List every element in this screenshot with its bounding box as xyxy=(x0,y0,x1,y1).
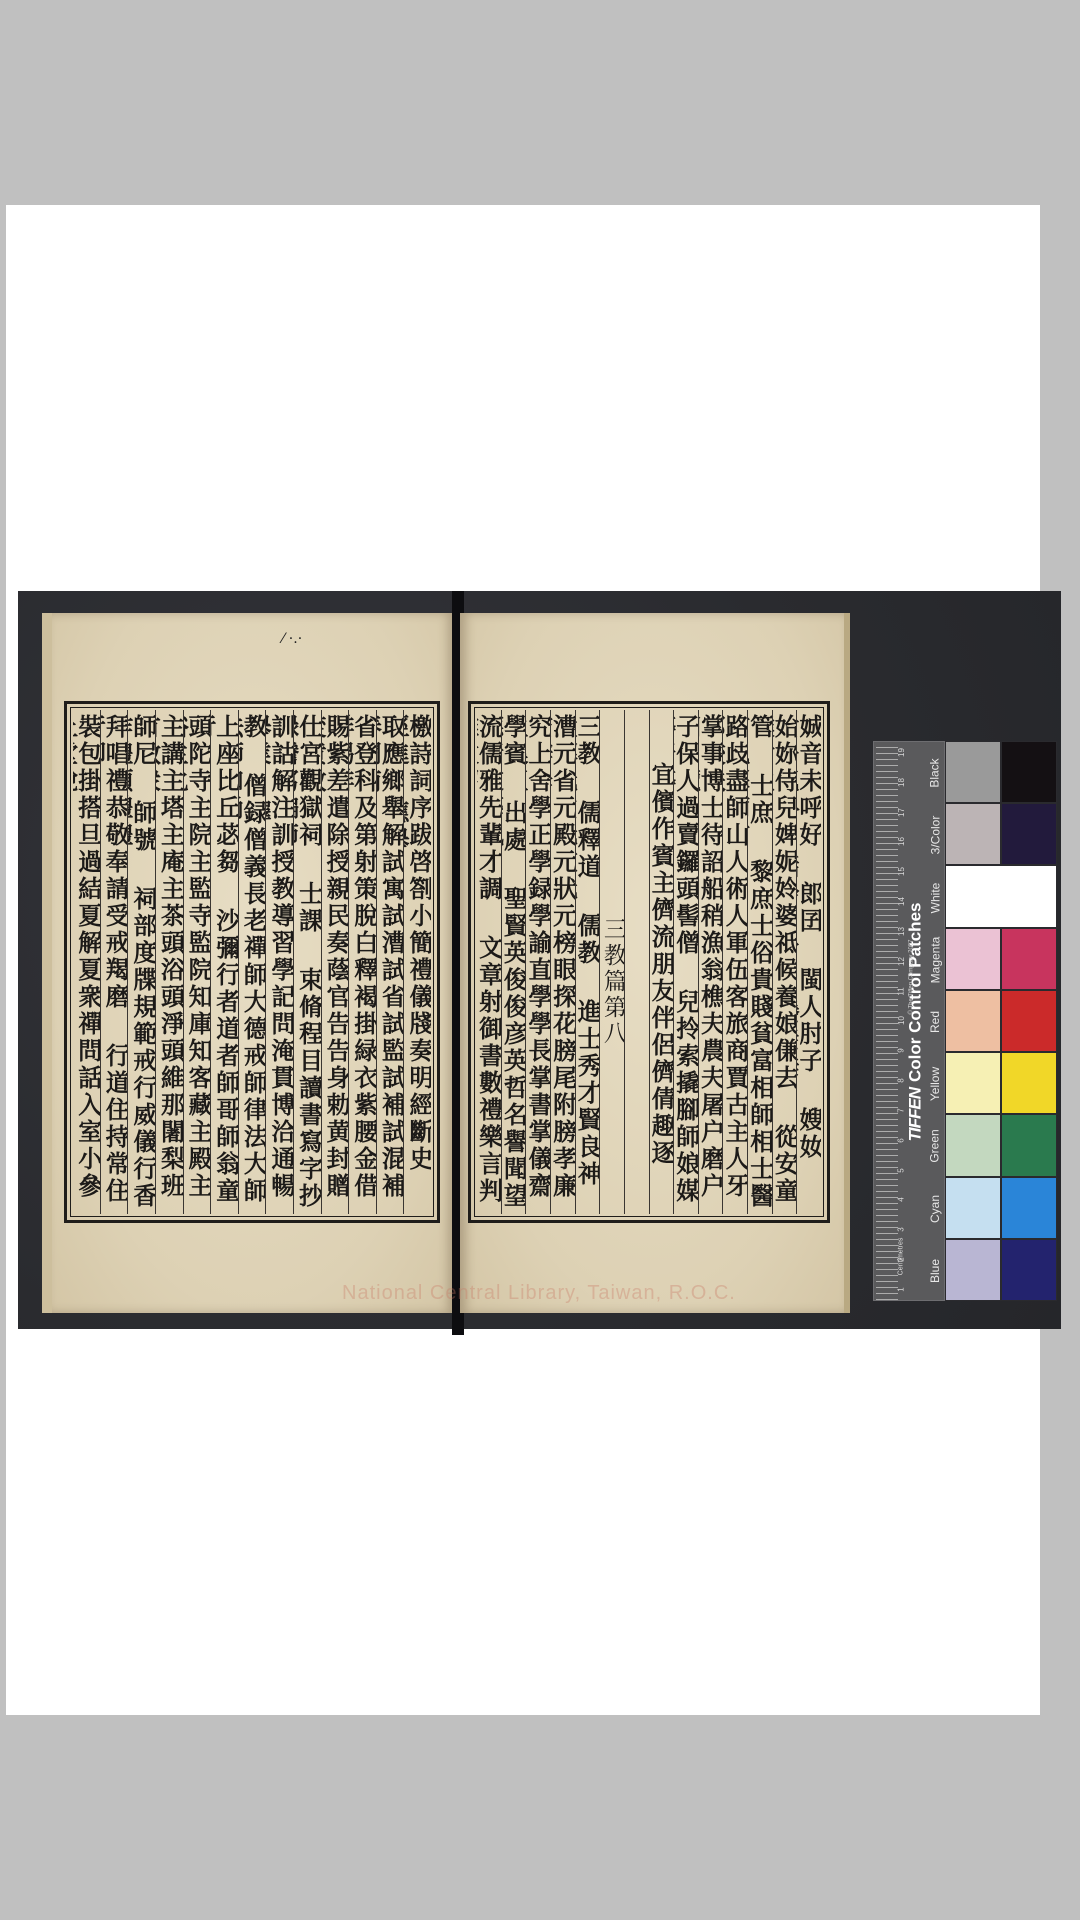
left-page: ⁄ ·.· 檄詩詞序跋啓劄小簡禮儀牋奏明經斷史 經進 應舉取應鄉舉解試寓試漕試省… xyxy=(42,613,454,1313)
text-column: 路歧盡師山人術人軍伍客旅商賈古主人牙郎校鉄 xyxy=(722,710,747,1214)
text-column xyxy=(624,710,649,1214)
text-column: 漕元省元殿元狀元榜眼探花膀尾附膀孝廉宏辭學 xyxy=(550,710,575,1214)
tiffen-logo: TIFFEN xyxy=(905,1088,924,1142)
open-book: ⁄ ·.· 檄詩詞序跋啓劄小簡禮儀牋奏明經斷史 經進 應舉取應鄉舉解試寓試漕試省… xyxy=(42,613,850,1313)
library-watermark: National Central Library, Taiwan, R.O.C. xyxy=(342,1282,736,1305)
patch-light xyxy=(945,1052,1001,1114)
patch-light xyxy=(945,1114,1001,1176)
ink-specks: ⁄ ·.· xyxy=(282,631,302,647)
patch-row-yellow xyxy=(945,1052,1057,1114)
patch-label: White xyxy=(926,866,944,928)
color-control-chart: 12345678910111213141516171819 Centimetre… xyxy=(873,741,1057,1301)
patch-label: Magenta xyxy=(926,929,944,991)
patch-light xyxy=(945,928,1001,990)
patch-dark xyxy=(1001,990,1057,1052)
left-text-block: 檄詩詞序跋啓劄小簡禮儀牋奏明經斷史 經進 應舉取應鄉舉解試寓試漕試省試監試補試混… xyxy=(64,701,440,1223)
text-column: 究上舍學正學録學諭直學學長掌書掌儀齋生集正 xyxy=(525,710,550,1214)
text-column: 教 僧録僧義長老禪師大德戒師律法大師法師和尚 xyxy=(238,710,266,1214)
patch-label: 3/Color xyxy=(926,804,944,866)
patch-row-black xyxy=(945,741,1057,803)
color-patches xyxy=(945,741,1057,1301)
patch-dark xyxy=(1001,741,1057,803)
text-column: 仕宮觀獄祠 士課 束脩程目讀書寫字抄録謄寫編節 xyxy=(293,710,321,1214)
patch-label: Cyan xyxy=(926,1178,944,1240)
text-column: 子保人過賣鑼頭髻僧 兒拎索撬腳師娘媒婆牙婆引 xyxy=(673,710,698,1214)
patch-dark xyxy=(1001,803,1057,865)
text-column: 拜唱禮恭敬奉請受戒羯磨 行道住持常住行腳 xyxy=(100,710,128,1214)
patch-label: Blue xyxy=(926,1240,944,1302)
patch-label: Green xyxy=(926,1115,944,1177)
text-column: 管 士庶 黎庶士俗貴賤貧富相師相士醫官剋擇廟官 xyxy=(747,710,772,1214)
patch-row-white xyxy=(945,865,1057,927)
patch-dark xyxy=(1001,1052,1057,1114)
ruler: 12345678910111213141516171819 Centimetre… xyxy=(873,741,945,1301)
text-column: 主講主塔主庵主茶頭浴頭淨頭維那闍梨班首散衆 xyxy=(155,710,183,1214)
patch-light xyxy=(945,741,1001,803)
patch-row-red xyxy=(945,990,1057,1052)
text-column: 師尼 師號 祠部度牒規範戒行威儀行香作禮頂禮禮 xyxy=(127,710,155,1214)
text-column: 娍音未呼好 郎囝 閩人肘子 嫂奻 女子犯科 姤妗 宮 媵妾娷 xyxy=(796,710,821,1214)
patch-label: Black xyxy=(926,742,944,804)
patch-white xyxy=(945,865,1057,927)
patch-label: Red xyxy=(926,991,944,1053)
patch-row-magenta xyxy=(945,928,1057,990)
patch-dark xyxy=(1001,1177,1057,1239)
patch-dark xyxy=(1001,1114,1057,1176)
patch-row-cyan xyxy=(945,1177,1057,1239)
patch-dark xyxy=(1001,928,1057,990)
patch-dark xyxy=(1001,1239,1057,1301)
text-column: 掌事博士待詔船稍漁翁樵夫農夫屠户磨户佃户攬 xyxy=(698,710,723,1214)
patch-labels: BlueCyanGreenYellowRedMagentaWhite3/Colo… xyxy=(926,742,944,1302)
patch-light xyxy=(945,1239,1001,1301)
text-column: 宜儐作賓主儕流朋友伴侶儕倩趣逐 xyxy=(649,710,674,1214)
text-column: 上座比丘苾芻 沙彌行者道者師哥師翁童行 xyxy=(210,710,238,1214)
scanned-photo: ⁄ ·.· 檄詩詞序跋啓劄小簡禮儀牋奏明經斷史 經進 應舉取應鄉舉解試寓試漕試省… xyxy=(18,591,1061,1329)
patch-row-green xyxy=(945,1114,1057,1176)
patch-row-blue xyxy=(945,1239,1057,1301)
right-text-block: 娍音未呼好 郎囝 閩人肘子 嫂奻 女子犯科 姤妗 宮 媵妾娷始妳侍兒婢妮姈婆祗候… xyxy=(468,701,830,1223)
text-column: 三教 儒釋道 儒教 進士秀才賢良神童解元貢元監元 xyxy=(575,710,600,1214)
copyright-note: © The Tiffen Company 2007 xyxy=(904,917,918,1037)
text-column: 賜紫差遣除授親民奏蔭官告告身勅黄封贈焚黄致 xyxy=(321,710,349,1214)
patch-light xyxy=(945,990,1001,1052)
patch-row-3-color xyxy=(945,803,1057,865)
text-column: 頭陀寺主院主監寺監院知庫知客藏主殿主浴主化 xyxy=(183,710,211,1214)
text-column: 裝包掛搭旦過結夏解夏衆禪問話入室小參上堂說 xyxy=(73,710,100,1214)
text-column: 取應鄉舉解試寓試漕試省試監試補試混補春闈南 xyxy=(376,710,404,1214)
text-column: 始妳侍兒婢妮姈婆祗候養娘傔去 從安童僕射主 xyxy=(772,710,797,1214)
patch-light xyxy=(945,1177,1001,1239)
patch-light xyxy=(945,803,1001,865)
text-column: 省登科及第射策脫白釋褐掛緑衣紫腰金借緋賜緋 xyxy=(348,710,376,1214)
chapter-title: 三教篇第八 xyxy=(599,710,624,1214)
text-column: 流儒雅先輩才調 文章射御書數禮樂言判雜文詔 xyxy=(477,710,501,1214)
patch-label: Yellow xyxy=(926,1053,944,1115)
text-column: 訓詁解注訓授教導習學記問淹貫博洽通暢舉業 釋 xyxy=(265,710,293,1214)
text-column: 學賓 出處 聖賢英俊俊彦英哲名譽聞望德行道藝風 xyxy=(501,710,526,1214)
text-column: 檄詩詞序跋啓劄小簡禮儀牋奏明經斷史 經進 應舉 xyxy=(403,710,431,1214)
right-page: 娍音未呼好 郎囝 閩人肘子 嫂奻 女子犯科 姤妗 宮 媵妾娷始妳侍兒婢妮姈婆祗候… xyxy=(460,613,850,1313)
